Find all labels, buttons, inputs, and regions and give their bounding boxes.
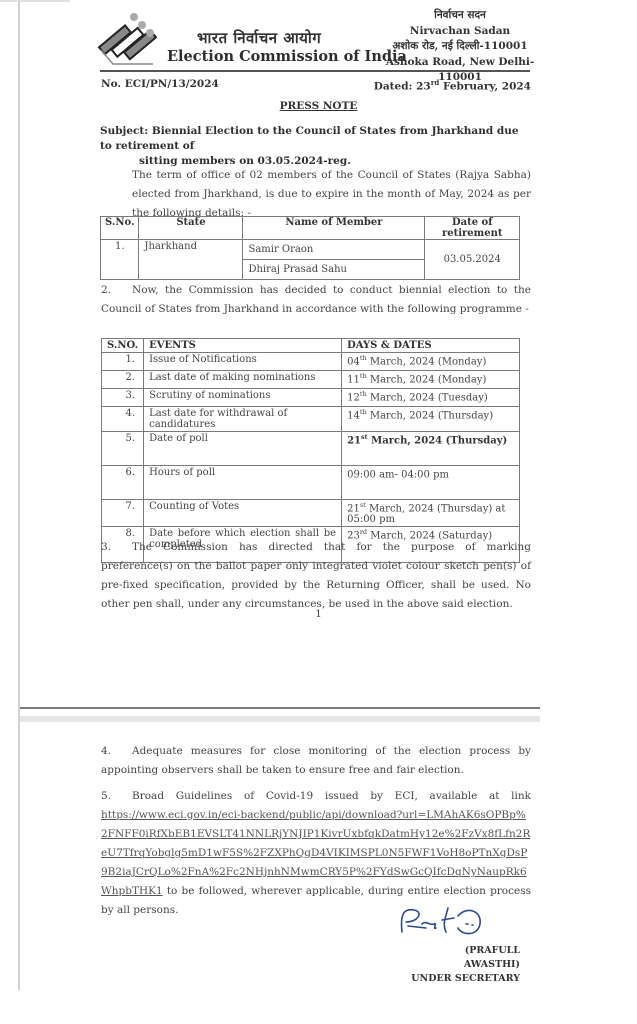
reference-number: No. ECI/PN/13/2024: [101, 78, 219, 90]
row-date: 21st March, 2024 (Thursday) at 05:00 pm: [342, 500, 520, 527]
row-event: Scrutiny of nominations: [144, 389, 342, 407]
header-divider: [100, 70, 530, 72]
paragraph-5: 5.Broad Guidelines of Covid-19 issued by…: [101, 787, 531, 920]
table-row: 7.Counting of Votes21st March, 2024 (Thu…: [102, 500, 520, 527]
press-note-title: PRESS NOTE: [0, 100, 637, 112]
row-date: 11th March, 2024 (Monday): [342, 371, 520, 389]
row-serial: 1.: [102, 353, 144, 371]
election-schedule-table: S.NO. EVENTS DAYS & DATES 1.Issue of Not…: [101, 338, 520, 563]
row-serial: 4.: [102, 407, 144, 432]
table-row: 6.Hours of poll09:00 am- 04:00 pm: [102, 466, 520, 500]
signatory-name: (PRAFULL AWASTHI): [410, 944, 520, 972]
row-date: 12th March, 2024 (Tuesday): [342, 389, 520, 407]
row-event: Date of poll: [144, 432, 342, 466]
eci-ballot-logo-icon: [95, 10, 157, 68]
row-serial: 6.: [102, 466, 144, 500]
row-event: Issue of Notifications: [144, 353, 342, 371]
row-date: 09:00 am- 04:00 pm: [342, 466, 520, 500]
table-row: 4.Last date for withdrawal of candidatur…: [102, 407, 520, 432]
row-event: Last date of making nominations: [144, 371, 342, 389]
hindi-title: भारत निर्वाचन आयोग: [197, 28, 321, 48]
page-break-line: [20, 707, 540, 709]
paragraph-2: 2.Now, the Commission has decided to con…: [101, 281, 531, 319]
table-header-row: S.NO. EVENTS DAYS & DATES: [102, 339, 520, 353]
row-date: 04th March, 2024 (Monday): [342, 353, 520, 371]
row-serial: 3.: [102, 389, 144, 407]
page-left-edge: [18, 0, 20, 990]
signatory-block: (PRAFULL AWASTHI) UNDER SECRETARY: [410, 944, 520, 986]
address-block: निर्वाचन सदन Nirvachan Sadan अशोक रोड, न…: [385, 8, 535, 86]
page-top-edge: [0, 0, 70, 2]
row-serial: 2.: [102, 371, 144, 389]
subject-line: Subject: Biennial Election to the Counci…: [100, 124, 532, 169]
table-row: 1.Issue of Notifications04th March, 2024…: [102, 353, 520, 371]
address-line: अशोक रोड, नई दिल्ली-110001: [385, 39, 535, 55]
table-row: 3.Scrutiny of nominations12th March, 202…: [102, 389, 520, 407]
english-title: Election Commission of India: [167, 48, 407, 65]
table-row: 1. Jharkhand Samir Oraon 03.05.2024: [101, 240, 520, 260]
paragraph-3: 3.The Commission has directed that for t…: [101, 538, 531, 614]
row-event: Last date for withdrawal of candidatures: [144, 407, 342, 432]
paragraph-4: 4.Adequate measures for close monitoring…: [101, 742, 531, 780]
letterhead: भारत निर्वाचन आयोग Election Commission o…: [95, 8, 535, 70]
signatory-designation: UNDER SECRETARY: [410, 972, 520, 986]
table-row: 2.Last date of making nominations11th Ma…: [102, 371, 520, 389]
row-date: 14th March, 2024 (Thursday): [342, 407, 520, 432]
row-event: Hours of poll: [144, 466, 342, 500]
row-date: 21st March, 2024 (Thursday): [342, 432, 520, 466]
address-line: Nirvachan Sadan: [385, 24, 535, 40]
table-row: 5.Date of poll21st March, 2024 (Thursday…: [102, 432, 520, 466]
page-number: 1: [0, 609, 637, 620]
row-event: Counting of Votes: [144, 500, 342, 527]
address-line: निर्वाचन सदन: [385, 8, 535, 24]
members-table: S.No. State Name of Member Date of retir…: [100, 216, 520, 280]
table-header-row: S.No. State Name of Member Date of retir…: [101, 217, 520, 240]
document-date: Dated: 23rd February, 2024: [374, 78, 531, 93]
row-serial: 5.: [102, 432, 144, 466]
row-serial: 7.: [102, 500, 144, 527]
paragraph-1: The term of office of 02 members of the …: [101, 166, 531, 223]
signature-icon: [396, 902, 496, 942]
covid-guidelines-link[interactable]: https://www.eci.gov.in/eci-backend/publi…: [101, 809, 530, 897]
page-break-shadow: [20, 716, 540, 722]
